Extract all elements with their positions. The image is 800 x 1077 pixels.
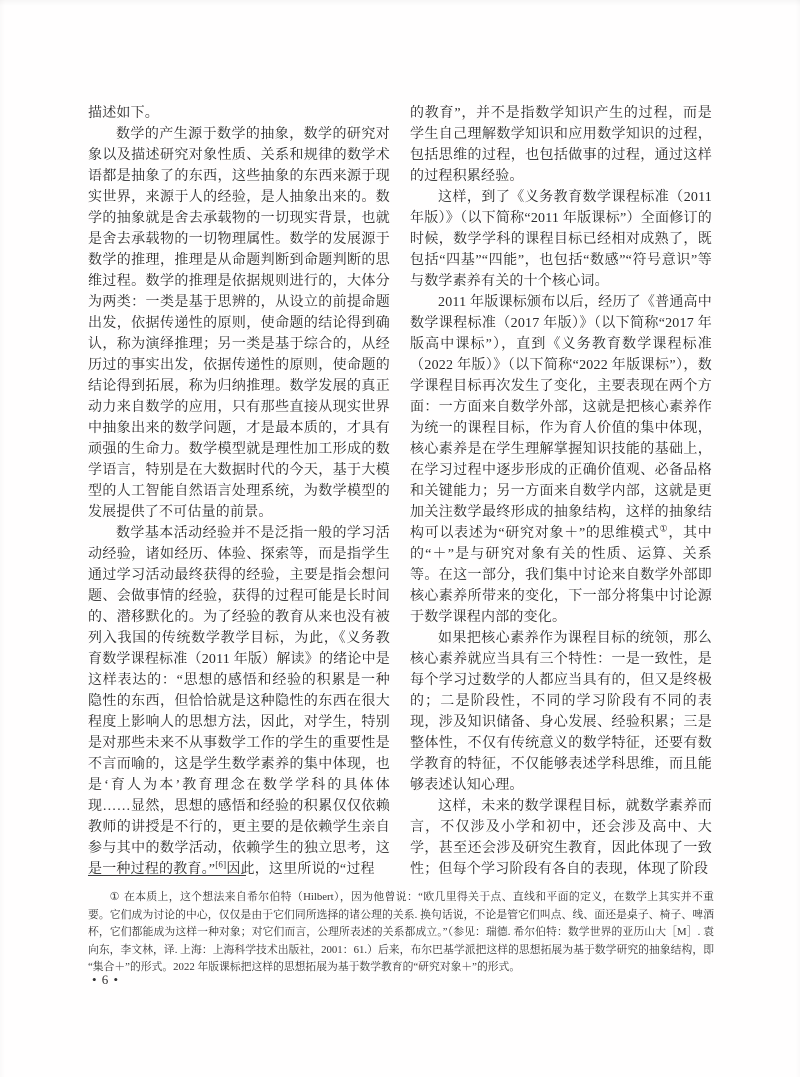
paragraph-text: 描述如下。 — [88, 106, 159, 121]
right-column: 的教育”，并不是指数学知识产生的过程，而是学生自己理解数学知识和应用数学知识的过… — [410, 103, 712, 883]
paragraph: 2011 年版课标颁布以后，经历了《普通高中数学课程标准（2017 年版）》（以… — [410, 292, 712, 628]
paragraph: 这样，未来的数学课程目标，就数学素养而言，不仅涉及小学和初中，还会涉及高中、大学… — [410, 796, 712, 880]
biblio-ref-6: [6] — [215, 859, 226, 869]
footnote-paragraph: ①在本质上，这个想法来自希尔伯特（Hilbert），因为他曾说：“欧几里得关于点… — [88, 889, 714, 977]
paragraph-text: 2011 年版课标颁布以后，经历了《普通高中数学课程标准（2017 年版）》（以… — [410, 295, 712, 541]
paragraph-text: 如果把核心素养作为课程目标的统领，那么核心素养就应当具有三个特性：一是一致性，是… — [410, 631, 712, 793]
footnote: ①在本质上，这个想法来自希尔伯特（Hilbert），因为他曾说：“欧几里得关于点… — [88, 889, 714, 977]
footnote-text: 在本质上，这个想法来自希尔伯特（Hilbert），因为他曾说：“欧几里得关于点、… — [88, 891, 714, 973]
paragraph: 数学基本活动经验并不是泛指一般的学习活动经验，诸如经历、体验、探索等，而是指学生… — [88, 523, 390, 880]
footnote-ref-circled-1: ① — [660, 523, 669, 533]
paragraph-continuation: 描述如下。 — [88, 103, 390, 124]
left-column: 描述如下。 数学的产生源于数学的抽象，数学的研究对象以及描述研究对象性质、关系和… — [88, 103, 390, 883]
paragraph: 如果把核心素养作为课程目标的统领，那么核心素养就应当具有三个特性：一是一致性，是… — [410, 628, 712, 796]
paragraph-text: 的教育”，并不是指数学知识产生的过程，而是学生自己理解数学知识和应用数学知识的过… — [410, 106, 712, 184]
paragraph-text: 数学的产生源于数学的抽象，数学的研究对象以及描述研究对象性质、关系和规律的数学术… — [88, 127, 390, 520]
paragraph-continuation: 的教育”，并不是指数学知识产生的过程，而是学生自己理解数学知识和应用数学知识的过… — [410, 103, 712, 187]
paragraph-text: 这样，未来的数学课程目标，就数学素养而言，不仅涉及小学和初中，还会涉及高中、大学… — [410, 799, 712, 877]
footnote-marker: ① — [110, 891, 120, 903]
paragraph-text: 因此，这里所说的“过程 — [226, 862, 374, 877]
paragraph-text: 数学基本活动经验并不是泛指一般的学习活动经验，诸如经历、体验、探索等，而是指学生… — [88, 526, 390, 877]
paragraph-text: 这样，到了《义务教育数学课程标准（2011 年版）》（以下简称“2011 年版课… — [410, 190, 712, 289]
paragraph: 这样，到了《义务教育数学课程标准（2011 年版）》（以下简称“2011 年版课… — [410, 187, 712, 292]
page-number: • 6 • — [92, 972, 119, 988]
footnote-separator — [88, 875, 246, 876]
document-page: 描述如下。 数学的产生源于数学的抽象，数学的研究对象以及描述研究对象性质、关系和… — [0, 0, 800, 1077]
paragraph: 数学的产生源于数学的抽象，数学的研究对象以及描述研究对象性质、关系和规律的数学术… — [88, 124, 390, 523]
body-text: 描述如下。 数学的产生源于数学的抽象，数学的研究对象以及描述研究对象性质、关系和… — [88, 103, 712, 883]
